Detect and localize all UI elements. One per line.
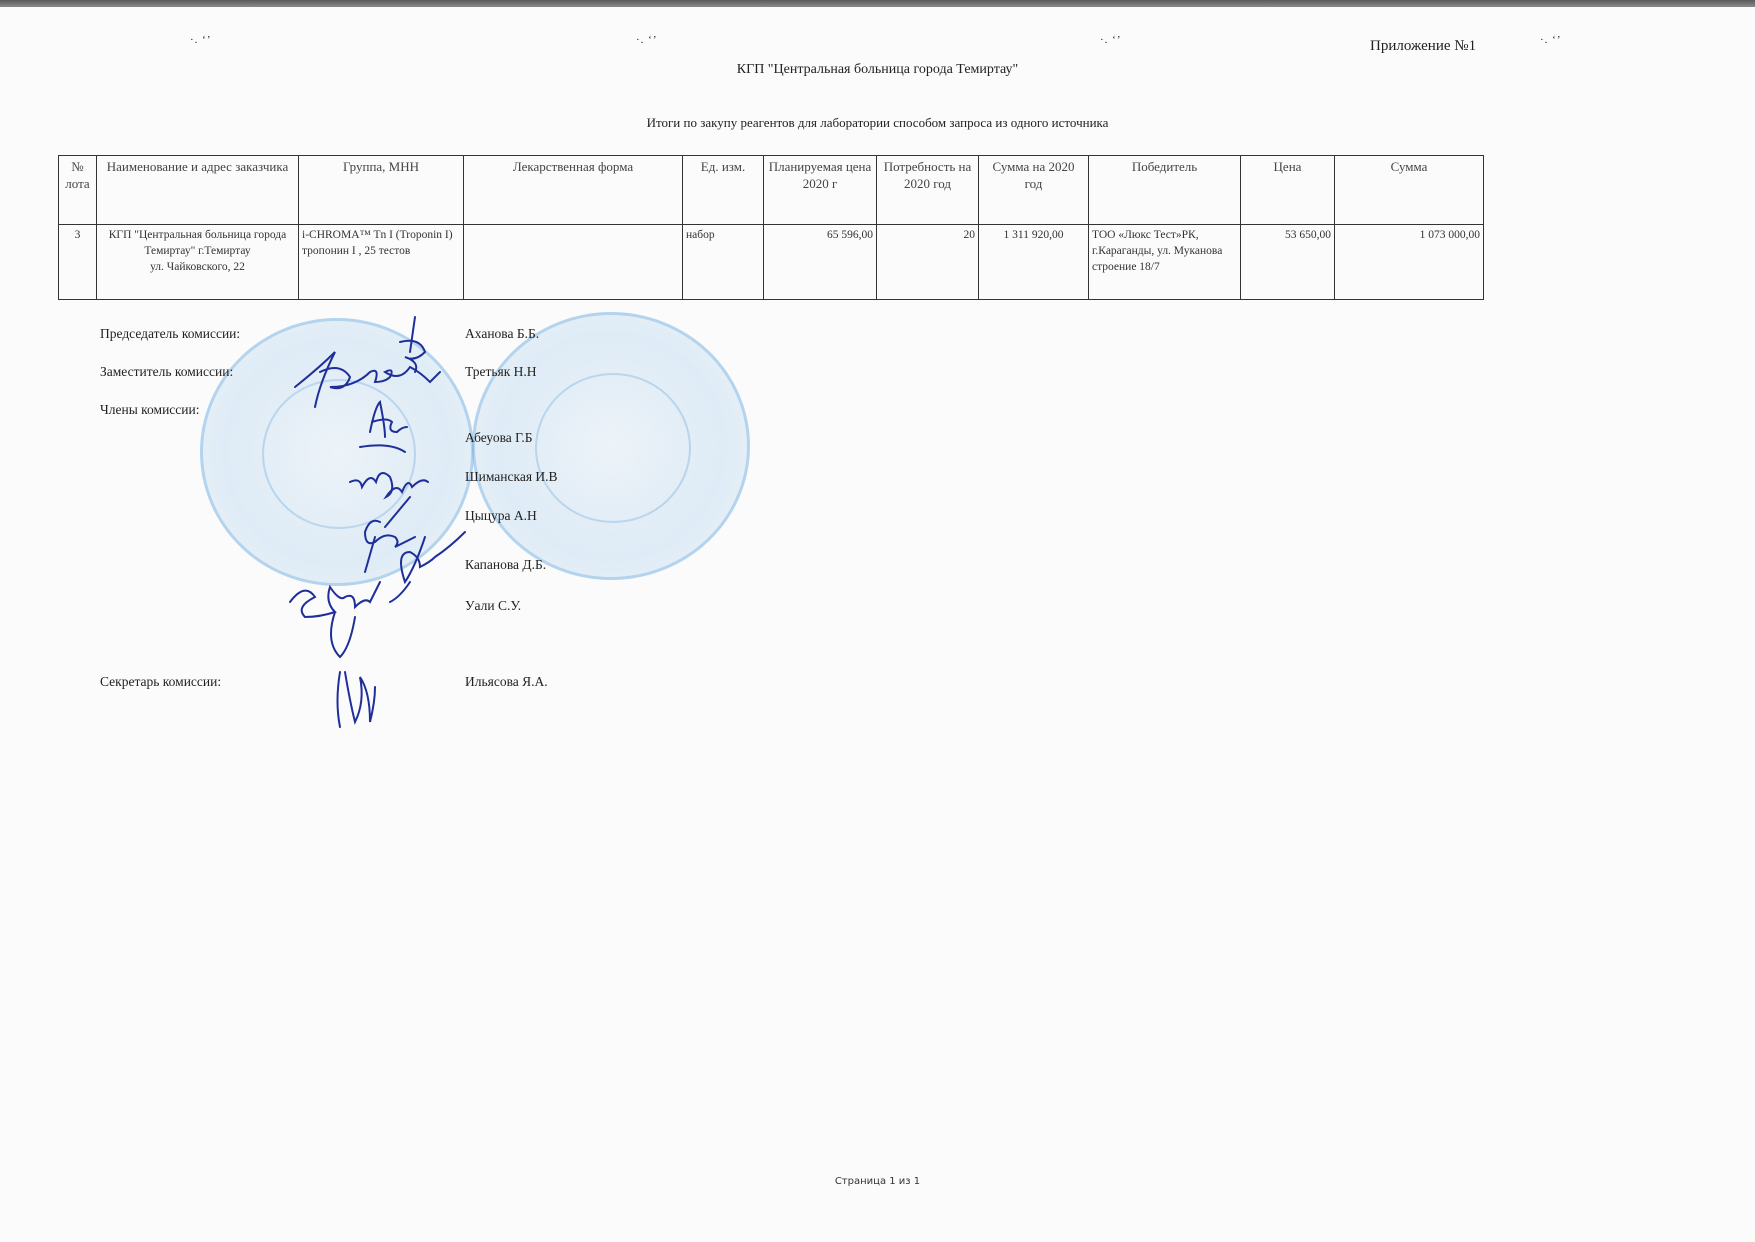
col-form: Лекарственная форма — [464, 156, 683, 225]
scan-mark: ·. ‘’ — [1540, 34, 1562, 46]
cell-lot: 3 — [59, 225, 97, 300]
table-header-row: № лота Наименование и адрес заказчика Гр… — [59, 156, 1484, 225]
members-label: Члены комиссии: — [100, 402, 200, 418]
cell-sum: 1 073 000,00 — [1335, 225, 1484, 300]
chair-label: Председатель комиссии: — [100, 326, 240, 342]
customer-line: КГП "Центральная больница города — [100, 227, 295, 243]
customer-line: ул. Чайковского, 22 — [100, 259, 295, 275]
table-row: 3 КГП "Центральная больница города Темир… — [59, 225, 1484, 300]
scan-top-edge — [0, 0, 1755, 7]
col-need: Потребность на 2020 год — [877, 156, 979, 225]
col-lot: № лота — [59, 156, 97, 225]
col-winner: Победитель — [1089, 156, 1241, 225]
scan-mark: ·. ‘’ — [1100, 34, 1122, 46]
scan-mark: ·. ‘’ — [190, 34, 212, 46]
page-number: Страница 1 из 1 — [0, 1176, 1755, 1187]
cell-price: 53 650,00 — [1241, 225, 1335, 300]
col-price: Цена — [1241, 156, 1335, 225]
official-stamp-right — [472, 312, 750, 580]
col-sum-2020: Сумма на 2020 год — [979, 156, 1089, 225]
cell-planned-price: 65 596,00 — [764, 225, 877, 300]
cell-customer: КГП "Центральная больница города Темирта… — [97, 225, 299, 300]
col-sum: Сумма — [1335, 156, 1484, 225]
scan-mark: ·. ‘’ — [636, 34, 658, 46]
document-title: Итоги по закупу реагентов для лаборатори… — [0, 115, 1755, 131]
cell-need: 20 — [877, 225, 979, 300]
handwritten-signatures — [280, 312, 480, 732]
winner-line: ТОО «Люкс Тест»РК, — [1092, 227, 1237, 243]
col-unit: Ед. изм. — [683, 156, 764, 225]
cell-sum-2020: 1 311 920,00 — [979, 225, 1089, 300]
secretary-label: Секретарь комиссии: — [100, 674, 221, 690]
results-table: № лота Наименование и адрес заказчика Гр… — [58, 155, 1484, 300]
winner-line: строение 18/7 — [1092, 259, 1237, 275]
col-group-mnn: Группа, МНН — [299, 156, 464, 225]
customer-line: Темиртау" г.Темиртау — [100, 243, 295, 259]
appendix-label: Приложение №1 — [1370, 38, 1476, 55]
winner-line: г.Караганды, ул. Муканова — [1092, 243, 1237, 259]
cell-form — [464, 225, 683, 300]
cell-unit: набор — [683, 225, 764, 300]
col-planned-price: Планируемая цена 2020 г — [764, 156, 877, 225]
organization-title: КГП "Центральная больница города Темирта… — [0, 62, 1755, 78]
cell-group-mnn: i-CHROMA™ Tn I (Troponin I) тропонин I ,… — [299, 225, 464, 300]
col-customer: Наименование и адрес заказчика — [97, 156, 299, 225]
cell-winner: ТОО «Люкс Тест»РК, г.Караганды, ул. Мука… — [1089, 225, 1241, 300]
deputy-label: Заместитель комиссии: — [100, 364, 233, 380]
